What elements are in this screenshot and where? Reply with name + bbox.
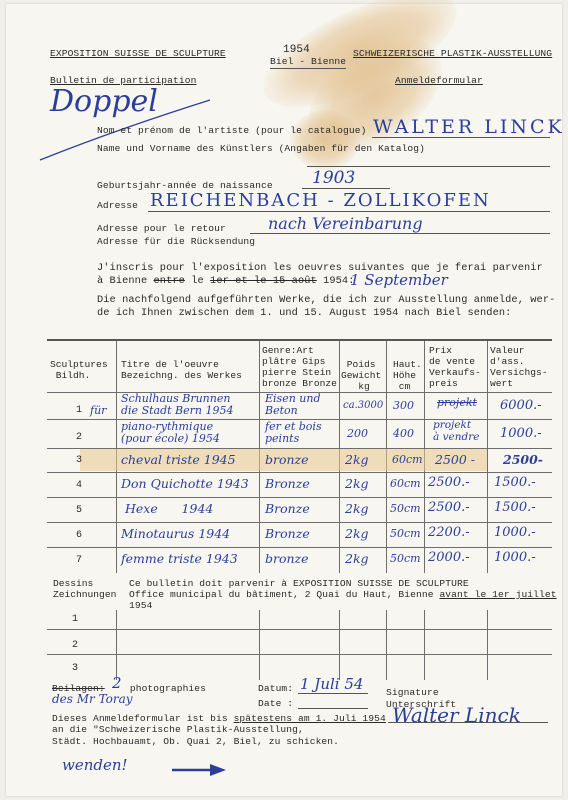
datum-label: Datum: (258, 683, 293, 694)
header-right-title: SCHWEIZERISCHE PLASTIK-AUSSTELLUNG (353, 48, 552, 59)
row-genre: Bronze (265, 478, 310, 490)
col-header-title: Titre de l'oeuvre Bezeichng. des Werkes (121, 359, 242, 381)
deadline-line2: an die "Schweizerische Plastik-Ausstellu… (52, 724, 304, 735)
artist-extra-line (307, 166, 550, 167)
return-label-de: Adresse für die Rücksendung (97, 236, 255, 247)
col-divider (386, 610, 387, 680)
intro-fr-line1: J'inscris pour l'exposition les oeuvres … (97, 263, 543, 274)
row-border (47, 547, 552, 548)
row-height: 50cm (390, 553, 421, 565)
artist-name: WALTER LINCK (373, 116, 565, 138)
intro-fr-line2: à Bienne entre le 1er et le 15 août 1954… (97, 276, 354, 287)
row-title: cheval triste 1945 (121, 454, 236, 466)
date-value: 1 Juli 54 (300, 675, 363, 693)
artist-label-de: Name und Vorname des Künstlers (Angaben … (97, 143, 425, 154)
return-value: nach Vereinbarung (268, 214, 423, 233)
return-underline (250, 233, 550, 234)
artist-underline (372, 137, 550, 138)
deadline-line1: Dieses Anmeldeformular ist bis spätesten… (52, 713, 386, 724)
row-genre: Eisen und Beton (265, 393, 321, 417)
row-insurance: 1500.- (494, 502, 536, 514)
beilagen-count: 2 (112, 674, 122, 692)
artist-label-fr: Nom et prénom de l'artiste (pour le cata… (97, 125, 366, 136)
row-border (47, 654, 552, 655)
birth-year: 1903 (312, 168, 355, 188)
col-divider (339, 610, 340, 680)
row-insurance: 1000.- (494, 527, 536, 539)
row-title: Don Quichotte 1943 (121, 478, 249, 490)
row-number: 7 (76, 555, 82, 566)
row-weight: 2kg (345, 503, 369, 515)
beilagen-note: des Mr Toray (52, 692, 133, 706)
row-weight: 2kg (345, 478, 369, 490)
signature-label: Signature (386, 687, 439, 698)
row-number: 2 (76, 432, 82, 443)
col-header-price: Prix de vente Verkaufs- preis (429, 345, 481, 389)
col-header-weight: Poids Gewicht kg (341, 359, 381, 392)
row-weight: ca.3000 (343, 400, 383, 412)
birth-underline (302, 188, 390, 189)
row-number: 5 (76, 505, 82, 516)
stain (290, 110, 360, 170)
row-weight: 2kg (345, 528, 369, 540)
row-genre: fer et bois peints (265, 421, 322, 445)
col-header-insurance: Valeur d'ass. Versichgs- wert (490, 345, 548, 389)
row-title: Minotaurus 1944 (121, 528, 230, 540)
deadline-line3: Städt. Hochbauamt, Ob. Quai 2, Biel, zu … (52, 736, 339, 747)
row-prefix: für (90, 405, 106, 417)
row-border (47, 497, 552, 498)
drawing-row-number: 1 (72, 614, 78, 625)
row-height: 300 (393, 400, 414, 412)
row-genre: Bronze (265, 528, 310, 540)
intro-fr-text: le (185, 275, 210, 287)
row-number: 6 (76, 530, 82, 541)
col-header-height: Haut. Höhe cm (393, 359, 422, 392)
row-weight: 200 (347, 428, 368, 440)
row-insurance: 2500- (503, 454, 543, 466)
notice-deadline: avant le 1er juillet (439, 589, 556, 600)
row-number: 4 (76, 480, 82, 491)
row-border (47, 629, 552, 630)
row-price: projekt (437, 397, 477, 409)
arrow-right-icon (170, 760, 230, 780)
row-border (47, 522, 552, 523)
drawing-row-number: 2 (72, 640, 78, 651)
intro-de-line2: de ich Ihnen zwischen dem 1. und 15. Aug… (97, 308, 511, 319)
row-weight: 2kg (345, 553, 369, 565)
date-label: Date : (258, 698, 293, 709)
date-underline (298, 693, 368, 694)
notice-line3: 1954 (129, 600, 152, 611)
col-divider (424, 610, 425, 680)
header-city: Biel - Bienne (270, 56, 346, 69)
col-divider (259, 610, 260, 680)
intro-fr-text: 1954: (317, 275, 355, 287)
row-genre: bronze (265, 553, 309, 565)
deadline-date: spätestens am 1. Juli 1954 (234, 713, 386, 724)
header-year: 1954 (283, 45, 310, 56)
row-title: Schulhaus Brunnen die Stadt Bern 1954 (121, 393, 233, 417)
row-height: 60cm (392, 454, 423, 466)
row-height: 60cm (390, 478, 421, 490)
col-header-sculptures: Sculptures Bildh. (50, 359, 108, 381)
address-value: REICHENBACH - ZOLLIKOFEN (150, 190, 491, 211)
row-insurance: 6000.- (500, 400, 542, 412)
intro-fr-text: à Bienne (97, 275, 154, 287)
table-top-border (47, 339, 552, 341)
col-divider (487, 610, 488, 680)
date-underline (298, 708, 368, 709)
row-insurance: 1000.- (500, 428, 542, 440)
bottom-note: wenden! (62, 756, 128, 774)
row-number: 3 (76, 455, 82, 466)
return-label-fr: Adresse pour le retour (97, 223, 226, 234)
address-underline (148, 211, 550, 212)
row-height: 400 (393, 428, 414, 440)
row-price: 2000.- (428, 552, 470, 564)
intro-handwritten-date: 1 September (350, 271, 448, 289)
notice-line1: Ce bulletin doit parvenir à EXPOSITION S… (129, 578, 469, 589)
row-height: 50cm (390, 503, 421, 515)
signature: Walter Linck (392, 703, 521, 727)
row-price: 2500.- (428, 477, 470, 489)
row-insurance: 1500.- (494, 477, 536, 489)
row-genre: bronze (265, 454, 309, 466)
drawing-row-number: 3 (72, 663, 78, 674)
row-price: projekt à vendre (433, 419, 479, 443)
notice-line2: Office municipal du bâtiment, 2 Quai du … (129, 589, 557, 600)
col-divider (487, 341, 488, 573)
row-genre: Bronze (265, 503, 310, 515)
intro-struck-entre: entre (154, 275, 185, 287)
row-border (47, 472, 552, 473)
notice-text: Office municipal du bâtiment, 2 Quai du … (129, 589, 439, 600)
intro-struck-dates: 1er et le 15 août (210, 275, 317, 287)
col-divider (116, 610, 117, 680)
address-label: Adresse (97, 200, 138, 211)
intro-de-line1: Die nachfolgend aufgeführten Werke, die … (97, 295, 555, 306)
row-title: femme triste 1943 (121, 553, 238, 565)
col-header-genre: Genre:Art plâtre Gips pierre Stein bronz… (262, 345, 337, 389)
signature-line (388, 722, 548, 723)
beilagen-text: photographies (124, 683, 206, 694)
row-price: 2500.- (428, 502, 470, 514)
row-title: Hexe 1944 (121, 503, 213, 515)
row-weight: 2kg (345, 454, 369, 466)
deadline-text: Dieses Anmeldeformular ist bis (52, 713, 234, 724)
row-title: piano-rythmique (pour école) 1954 (121, 421, 220, 445)
anmeldeformular-title: Anmeldeformular (395, 75, 483, 86)
header-left-title: EXPOSITION SUISSE DE SCULPTURE (50, 48, 226, 59)
row-number: 1 (76, 405, 82, 416)
drawings-label: Dessins Zeichnungen (53, 578, 116, 600)
row-price: 2200.- (428, 527, 470, 539)
row-price: 2500 - (435, 454, 475, 466)
row-insurance: 1000.- (494, 552, 536, 564)
row-height: 50cm (390, 528, 421, 540)
